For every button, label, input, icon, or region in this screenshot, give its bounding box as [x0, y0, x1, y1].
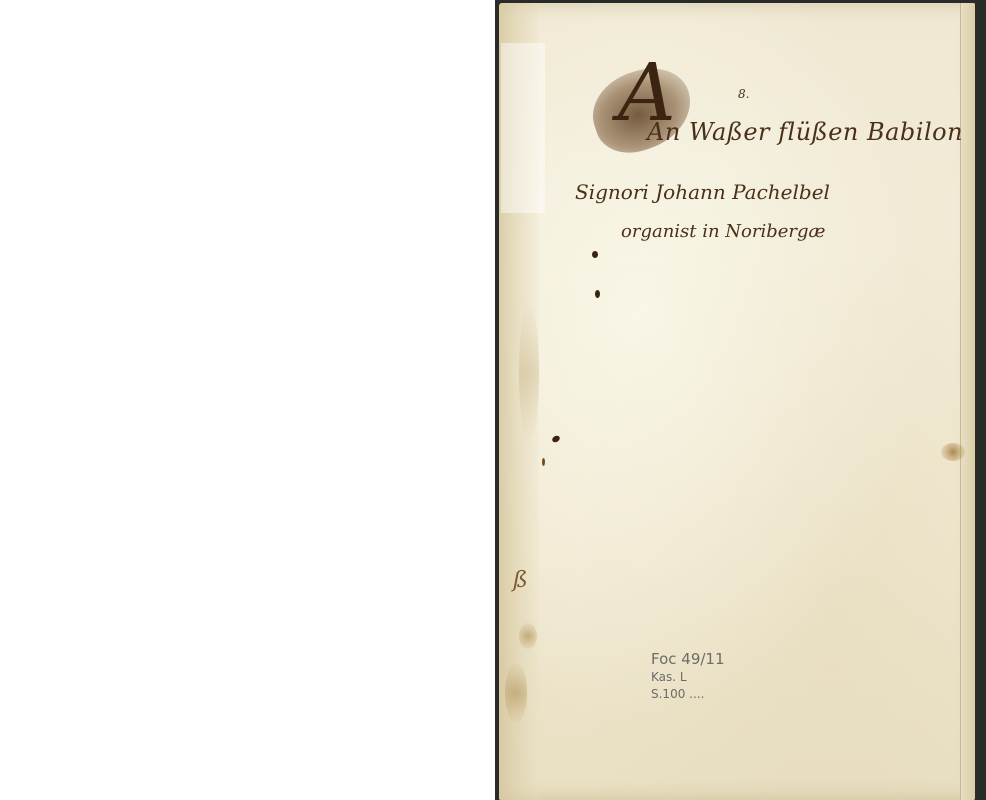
foxing-stain — [505, 663, 527, 723]
margin-mark: ß — [513, 568, 528, 593]
scan-frame: A 8. An Waßer flüßen Babilon Signori Joh… — [495, 0, 986, 800]
ink-blot — [592, 251, 598, 258]
foxing-stain — [941, 443, 965, 461]
shelfmark-line-1: Foc 49/11 — [651, 650, 725, 668]
piece-number: 8. — [738, 87, 749, 101]
manuscript-title: An Waßer flüßen Babilon — [647, 118, 963, 146]
repair-tape — [501, 43, 545, 213]
ink-blot — [595, 290, 600, 298]
foxing-stain — [519, 303, 539, 443]
ink-blot — [551, 434, 561, 443]
foxing-stain — [519, 623, 537, 649]
manuscript-page: A 8. An Waßer flüßen Babilon Signori Joh… — [499, 3, 975, 800]
composer-attribution: Signori Johann Pachelbel — [575, 180, 830, 204]
shelfmark-line-2: Kas. L — [651, 670, 687, 684]
ink-blot — [542, 458, 545, 466]
left-blank-panel — [0, 0, 495, 800]
composer-position: organist in Noribergæ — [621, 221, 825, 242]
shelfmark-line-3: S.100 .... — [651, 687, 704, 701]
